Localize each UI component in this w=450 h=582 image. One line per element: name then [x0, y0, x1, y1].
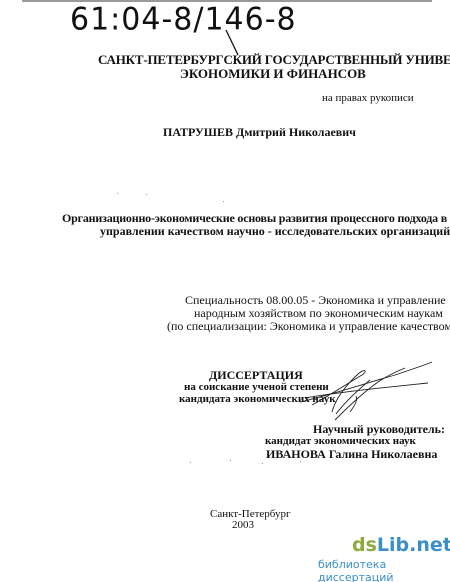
supervisor-name: ИВАНОВА Галина Николаевна	[266, 447, 437, 462]
scan-speck	[230, 460, 231, 461]
watermark-tagline: библиотека диссертаций	[318, 558, 450, 582]
signature	[0, 0, 450, 582]
scan-speck	[300, 461, 301, 462]
scan-speck	[190, 462, 191, 463]
year: 2003	[232, 519, 254, 531]
supervisor-degree: кандидат экономических наук	[265, 435, 416, 447]
watermark-logo: dsLib.net	[352, 534, 450, 556]
watermark-logo-ds: ds	[352, 534, 377, 556]
scan-speck	[262, 463, 263, 464]
watermark-logo-lib: Lib.net	[377, 534, 450, 556]
